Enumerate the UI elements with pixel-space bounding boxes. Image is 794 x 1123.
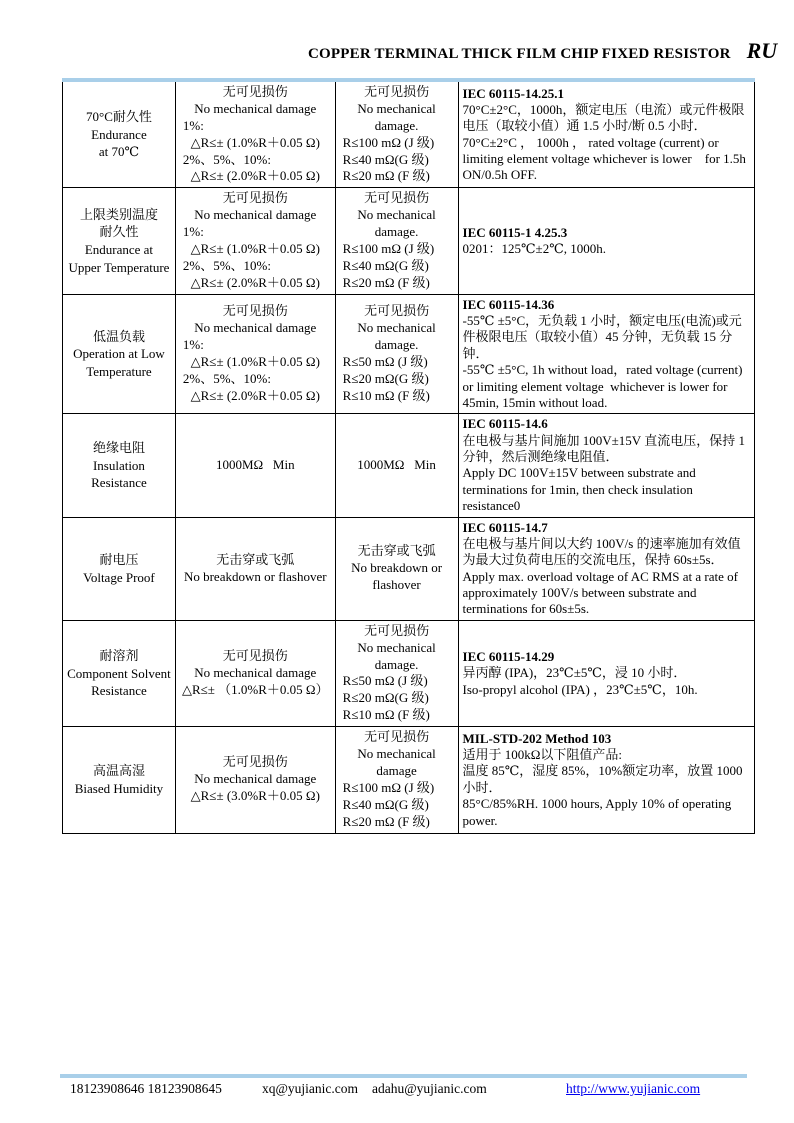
cell-line: 无可见损伤 <box>340 623 454 640</box>
cell-line: R≤10 mΩ (F 级) <box>340 388 454 405</box>
cell-line: 无可见损伤 <box>340 190 454 207</box>
cell-standard: IEC 60115-1 4.25.30201：125℃±2℃, 1000h. <box>458 188 754 294</box>
cell-line: No mechanical damage <box>180 665 331 682</box>
table-row: 高温高湿Biased Humidity无可见损伤No mechanical da… <box>63 727 755 833</box>
cell-line: R≤40 mΩ(G 级) <box>340 258 454 275</box>
cell-line: IEC 60115-14.29 <box>463 649 750 665</box>
table-row: 上限类别温度耐久性Endurance atUpper Temperature无可… <box>63 188 755 294</box>
cell-line: 低温负载 <box>67 328 171 346</box>
cell-line: No mechanical damage <box>180 101 331 118</box>
cell-line: R≤20 mΩ (F 级) <box>340 275 454 292</box>
cell-line: 1%: <box>180 337 331 354</box>
cell-line: △R≤± (1.0%R＋0.05 Ω) <box>180 354 331 371</box>
cell-line: 1000MΩ Min <box>340 457 454 474</box>
cell-line: R≤20 mΩ(G 级) <box>340 690 454 707</box>
cell-line: △R≤± (1.0%R＋0.05 Ω) <box>180 135 331 152</box>
cell-requirement: 无可见损伤No mechanical damage△R≤± （1.0%R＋0.0… <box>175 620 335 726</box>
cell-line: 无可见损伤 <box>180 303 331 320</box>
cell-item: 上限类别温度耐久性Endurance atUpper Temperature <box>63 188 176 294</box>
cell-line: 1%: <box>180 224 331 241</box>
cell-line: △R≤± （1.0%R＋0.05 Ω） <box>180 682 331 699</box>
cell-line: damage. <box>340 657 454 674</box>
page-title: COPPER TERMINAL THICK FILM CHIP FIXED RE… <box>308 46 731 63</box>
cell-line: Apply DC 100V±15V between substrate and … <box>463 465 750 514</box>
cell-line: 无可见损伤 <box>340 303 454 320</box>
table-row: 耐电压Voltage Proof无击穿或飞弧No breakdown or fl… <box>63 517 755 620</box>
cell-line: 异丙醇 (IPA)，23℃±5℃，浸 10 小时． <box>463 665 750 681</box>
cell-condition: 无可见损伤No mechanicaldamage.R≤100 mΩ (J 级)R… <box>335 80 458 188</box>
table-row: 耐溶剂Component SolventResistance无可见损伤No me… <box>63 620 755 726</box>
cell-line: 2%、5%、10%: <box>180 258 331 275</box>
cell-line: No breakdown or <box>340 560 454 577</box>
cell-line: No mechanical damage <box>180 207 331 224</box>
cell-line: 1%: <box>180 118 331 135</box>
cell-line: △R≤± (1.0%R＋0.05 Ω) <box>180 241 331 258</box>
cell-line: 在电极与基片间施加 100V±15V 直流电压，保持 1 分钟，然后测绝缘电阻值… <box>463 433 750 466</box>
cell-line: Resistance <box>67 682 171 700</box>
cell-condition: 无可见损伤No mechanical damageR≤100 mΩ (J 级)R… <box>335 727 458 833</box>
cell-line: damage. <box>340 224 454 241</box>
cell-line: 耐电压 <box>67 551 171 569</box>
cell-line: IEC 60115-14.36 <box>463 297 750 313</box>
cell-standard: IEC 60115-14.6在电极与基片间施加 100V±15V 直流电压，保持… <box>458 414 754 517</box>
cell-item: 耐电压Voltage Proof <box>63 517 176 620</box>
cell-requirement: 1000MΩ Min <box>175 414 335 517</box>
cell-standard: IEC 60115-14.29异丙醇 (IPA)，23℃±5℃，浸 10 小时．… <box>458 620 754 726</box>
cell-standard: IEC 60115-14.7在电极与基片间以大约 100V/s 的速率施加有效值… <box>458 517 754 620</box>
cell-line: 2%、5%、10%: <box>180 371 331 388</box>
cell-line: IEC 60115-14.7 <box>463 520 750 536</box>
cell-standard: MIL-STD-202 Method 103适用于 100kΩ以下阻值产品:温度… <box>458 727 754 833</box>
cell-line: at 70℃ <box>67 143 171 161</box>
cell-condition: 无可见损伤No mechanicaldamage.R≤50 mΩ (J 级)R≤… <box>335 620 458 726</box>
cell-line: 70°C耐久性 <box>67 108 171 126</box>
cell-line: 适用于 100kΩ以下阻值产品: <box>463 747 750 763</box>
cell-condition: 1000MΩ Min <box>335 414 458 517</box>
cell-line: Resistance <box>67 474 171 492</box>
cell-line: No breakdown or flashover <box>180 569 331 586</box>
spec-table: 70°C耐久性Enduranceat 70℃无可见损伤No mechanical… <box>62 78 755 834</box>
cell-line: IEC 60115-1 4.25.3 <box>463 225 750 241</box>
cell-line: No mechanical <box>340 101 454 118</box>
cell-line: 上限类别温度 <box>67 206 171 224</box>
cell-line: No mechanical <box>340 207 454 224</box>
cell-line: Biased Humidity <box>67 780 171 798</box>
footer-website-link[interactable]: http://www.yujianic.com <box>566 1081 700 1097</box>
table-row: 绝缘电阻InsulationResistance1000MΩ Min1000MΩ… <box>63 414 755 517</box>
cell-line: R≤20 mΩ (F 级) <box>340 814 454 831</box>
cell-standard: IEC 60115-14.25.170°C±2°C，1000h，额定电压（电流）… <box>458 80 754 188</box>
cell-line: -55℃ ±5°C, 1h without load，rated voltage… <box>463 362 750 411</box>
cell-requirement: 无击穿或飞弧No breakdown or flashover <box>175 517 335 620</box>
cell-line: Endurance <box>67 126 171 144</box>
cell-line: Apply max. overload voltage of AC RMS at… <box>463 569 750 618</box>
cell-line: R≤40 mΩ(G 级) <box>340 152 454 169</box>
cell-line: damage. <box>340 337 454 354</box>
cell-line: 1000MΩ Min <box>180 457 331 474</box>
cell-line: △R≤± (2.0%R＋0.05 Ω) <box>180 388 331 405</box>
cell-line: 2%、5%、10%: <box>180 152 331 169</box>
cell-line: 无可见损伤 <box>180 648 331 665</box>
cell-line: △R≤± (2.0%R＋0.05 Ω) <box>180 275 331 292</box>
cell-line: R≤50 mΩ (J 级) <box>340 673 454 690</box>
cell-item: 低温负载Operation at LowTemperature <box>63 294 176 414</box>
cell-line: 无击穿或飞弧 <box>340 543 454 560</box>
cell-line: Endurance at <box>67 241 171 259</box>
cell-line: 70°C±2°C ， 1000h ， rated voltage (curren… <box>463 135 750 184</box>
cell-line: Voltage Proof <box>67 569 171 587</box>
page-footer: 18123908646 18123908645 xq@yujianic.com … <box>0 1081 794 1101</box>
cell-line: 绝缘电阻 <box>67 439 171 457</box>
cell-line: 耐溶剂 <box>67 647 171 665</box>
cell-line: IEC 60115-14.25.1 <box>463 86 750 102</box>
footer-phone-numbers: 18123908646 18123908645 <box>70 1081 222 1097</box>
cell-line: IEC 60115-14.6 <box>463 416 750 432</box>
cell-requirement: 无可见损伤No mechanical damage1%:△R≤± (1.0%R＋… <box>175 80 335 188</box>
cell-line: No mechanical <box>340 640 454 657</box>
cell-line: MIL-STD-202 Method 103 <box>463 731 750 747</box>
table-row: 70°C耐久性Enduranceat 70℃无可见损伤No mechanical… <box>63 80 755 188</box>
cell-line: R≤100 mΩ (J 级) <box>340 241 454 258</box>
cell-line: No mechanical damage <box>340 746 454 780</box>
spec-table-body: 70°C耐久性Enduranceat 70℃无可见损伤No mechanical… <box>63 80 755 833</box>
cell-requirement: 无可见损伤No mechanical damage1%:△R≤± (1.0%R＋… <box>175 294 335 414</box>
cell-line: damage. <box>340 118 454 135</box>
cell-line: 无可见损伤 <box>180 754 331 771</box>
cell-line: R≤10 mΩ (F 级) <box>340 707 454 724</box>
cell-line: 无可见损伤 <box>180 84 331 101</box>
cell-line: R≤20 mΩ (F 级) <box>340 168 454 185</box>
cell-item: 高温高湿Biased Humidity <box>63 727 176 833</box>
table-row: 低温负载Operation at LowTemperature无可见损伤No m… <box>63 294 755 414</box>
cell-line: 高温高湿 <box>67 762 171 780</box>
cell-line: 85°C/85%RH. 1000 hours, Apply 10% of ope… <box>463 796 750 829</box>
cell-item: 70°C耐久性Enduranceat 70℃ <box>63 80 176 188</box>
cell-condition: 无可见损伤No mechanicaldamage.R≤50 mΩ (J 级)R≤… <box>335 294 458 414</box>
cell-line: R≤100 mΩ (J 级) <box>340 780 454 797</box>
cell-line: No mechanical damage <box>180 320 331 337</box>
cell-line: flashover <box>340 577 454 594</box>
cell-line: Upper Temperature <box>67 259 171 277</box>
cell-line: R≤40 mΩ(G 级) <box>340 797 454 814</box>
cell-condition: 无可见损伤No mechanicaldamage.R≤100 mΩ (J 级)R… <box>335 188 458 294</box>
cell-line: Operation at Low <box>67 345 171 363</box>
cell-line: Insulation <box>67 457 171 475</box>
cell-item: 耐溶剂Component SolventResistance <box>63 620 176 726</box>
cell-line: 在电极与基片间以大约 100V/s 的速率施加有效值为最大过负荷电压的交流电压，… <box>463 536 750 569</box>
cell-line: 0201：125℃±2℃, 1000h. <box>463 241 750 257</box>
cell-line: 温度 85℃，湿度 85%，10%额定功率，放置 1000 小时． <box>463 763 750 796</box>
cell-line: -55℃ ±5°C，无负载 1 小时，额定电压(电流)或元件极限电压（取较小值）… <box>463 313 750 362</box>
cell-line: 无可见损伤 <box>340 84 454 101</box>
cell-line: Component Solvent <box>67 665 171 683</box>
cell-condition: 无击穿或飞弧No breakdown orflashover <box>335 517 458 620</box>
cell-line: △R≤± (3.0%R＋0.05 Ω) <box>180 788 331 805</box>
cell-line: 耐久性 <box>67 223 171 241</box>
cell-line: 无击穿或飞弧 <box>180 552 331 569</box>
cell-line: △R≤± (2.0%R＋0.05 Ω) <box>180 168 331 185</box>
cell-line: R≤50 mΩ (J 级) <box>340 354 454 371</box>
footer-email-2: adahu@yujianic.com <box>372 1081 487 1097</box>
cell-line: 无可见损伤 <box>180 190 331 207</box>
footer-email-1: xq@yujianic.com <box>262 1081 358 1097</box>
model-code: RU <box>747 38 778 64</box>
cell-line: No mechanical damage <box>180 771 331 788</box>
footer-divider <box>60 1074 747 1078</box>
cell-line: R≤100 mΩ (J 级) <box>340 135 454 152</box>
cell-requirement: 无可见损伤No mechanical damage1%:△R≤± (1.0%R＋… <box>175 188 335 294</box>
cell-line: No mechanical <box>340 320 454 337</box>
cell-line: Temperature <box>67 363 171 381</box>
page-header: COPPER TERMINAL THICK FILM CHIP FIXED RE… <box>308 38 777 64</box>
cell-requirement: 无可见损伤No mechanical damage△R≤± (3.0%R＋0.0… <box>175 727 335 833</box>
cell-standard: IEC 60115-14.36-55℃ ±5°C，无负载 1 小时，额定电压(电… <box>458 294 754 414</box>
cell-line: Iso-propyl alcohol (IPA) ，23℃±5℃，10h. <box>463 682 750 698</box>
cell-item: 绝缘电阻InsulationResistance <box>63 414 176 517</box>
cell-line: 70°C±2°C，1000h，额定电压（电流）或元件极限电压（取较小值）通 1.… <box>463 102 750 135</box>
cell-line: 无可见损伤 <box>340 729 454 746</box>
cell-line: R≤20 mΩ(G 级) <box>340 371 454 388</box>
